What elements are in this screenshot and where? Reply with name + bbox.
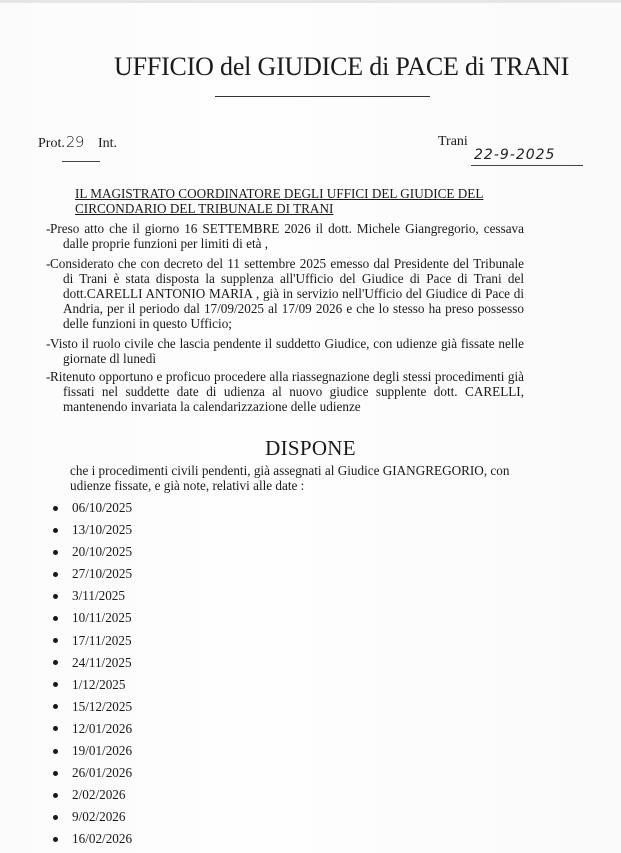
premise-item: -Ritenuto opportuno e proficuo procedere… — [46, 369, 524, 414]
hearing-date: 19/01/2026 — [72, 740, 132, 762]
bullet-icon — [53, 572, 58, 577]
office-title: UFFICIO del GIUDICE di PACE di TRANI — [114, 52, 569, 82]
premise-item: -Visto il ruolo civile che lascia penden… — [46, 336, 524, 366]
premises-list: -Preso atto che il giorno 16 SETTEMBRE 2… — [46, 221, 524, 420]
protocol-line: Prot.29Int. — [38, 133, 117, 152]
place-label: Trani — [438, 134, 468, 150]
title-underline — [215, 96, 430, 97]
dispone-heading-text: DISPONE — [265, 436, 356, 460]
hearing-date-item: 2/02/2026 — [48, 784, 132, 806]
hearing-date-item: 15/12/2025 — [48, 696, 132, 718]
dispone-intro: che i procedimenti civili pendenti, già … — [70, 463, 540, 493]
hearing-date-item: 1/12/2025 — [48, 674, 132, 696]
hearing-date-item: 24/11/2025 — [48, 652, 132, 674]
bullet-icon — [53, 837, 58, 842]
bullet-icon — [53, 638, 58, 643]
bullet-icon — [53, 594, 58, 599]
bullet-icon — [53, 793, 58, 798]
document-page: UFFICIO del GIUDICE di PACE di TRANI Pro… — [0, 0, 621, 853]
bullet-icon — [53, 550, 58, 555]
premise-text: Considerato che con decreto del 11 sette… — [50, 256, 524, 331]
bullet-icon — [53, 704, 58, 709]
premise-text: Preso atto che il giorno 16 SETTEMBRE 20… — [50, 221, 524, 251]
hearing-date: 15/12/2025 — [72, 696, 132, 718]
hearing-date: 16/02/2026 — [72, 828, 132, 850]
hearing-date: 27/10/2025 — [72, 563, 132, 585]
hearing-date-item: 27/10/2025 — [48, 563, 132, 585]
hearing-date-item: 3/11/2025 — [48, 585, 132, 607]
bullet-icon — [53, 726, 58, 731]
date-underline — [471, 165, 583, 166]
issuing-authority: IL MAGISTRATO COORDINATORE DEGLI UFFICI … — [75, 187, 545, 216]
hearing-date: 06/10/2025 — [72, 497, 132, 519]
hearing-date: 12/01/2026 — [72, 718, 132, 740]
hearing-date: 2/02/2026 — [72, 784, 125, 806]
premise-item: -Considerato che con decreto del 11 sett… — [46, 256, 524, 331]
bullet-icon — [53, 616, 58, 621]
hearing-date-item: 06/10/2025 — [48, 497, 132, 519]
hearing-date-item: 10/11/2025 — [48, 607, 132, 629]
premise-text: Ritenuto opportuno e proficuo procedere … — [50, 369, 524, 414]
bullet-icon — [53, 815, 58, 820]
hearing-date: 10/11/2025 — [72, 607, 132, 629]
hearing-date-item: 19/01/2026 — [48, 740, 132, 762]
bullet-icon — [53, 528, 58, 533]
hearing-date-item: 16/02/2026 — [48, 828, 132, 850]
page-top-edge — [0, 0, 621, 3]
protocol-prefix: Prot. — [38, 136, 65, 151]
hearing-date-item: 9/02/2026 — [48, 806, 132, 828]
handwritten-date: 22-9-2025 — [474, 147, 555, 163]
hearing-dates-list: 06/10/202513/10/202520/10/202527/10/2025… — [48, 497, 132, 851]
hearing-date: 20/10/2025 — [72, 541, 132, 563]
hearing-date-item: 26/01/2026 — [48, 762, 132, 784]
hearing-date: 9/02/2026 — [72, 806, 125, 828]
dispone-heading: DISPONE — [0, 436, 621, 461]
hearing-date-item: 20/10/2025 — [48, 541, 132, 563]
protocol-suffix: Int. — [98, 136, 117, 151]
hearing-date: 13/10/2025 — [72, 519, 132, 541]
bullet-icon — [53, 660, 58, 665]
bullet-icon — [53, 749, 58, 754]
bullet-icon — [53, 506, 58, 511]
protocol-underline — [62, 161, 100, 162]
authority-line-1: IL MAGISTRATO COORDINATORE DEGLI UFFICI … — [75, 187, 545, 202]
bullet-icon — [53, 682, 58, 687]
hearing-date-item: 12/01/2026 — [48, 718, 132, 740]
premise-item: -Preso atto che il giorno 16 SETTEMBRE 2… — [46, 221, 524, 251]
hearing-date: 3/11/2025 — [72, 585, 125, 607]
bullet-icon — [53, 771, 58, 776]
hearing-date: 17/11/2025 — [72, 630, 132, 652]
hearing-date-item: 17/11/2025 — [48, 630, 132, 652]
hearing-date: 26/01/2026 — [72, 762, 132, 784]
hearing-date-item: 13/10/2025 — [48, 519, 132, 541]
hearing-date: 1/12/2025 — [72, 674, 125, 696]
protocol-number: 29 — [66, 133, 84, 151]
premise-text: Visto il ruolo civile che lascia pendent… — [50, 336, 524, 366]
hearing-date: 24/11/2025 — [72, 652, 132, 674]
authority-line-2: CIRCONDARIO DEL TRIBUNALE DI TRANI — [75, 202, 545, 217]
